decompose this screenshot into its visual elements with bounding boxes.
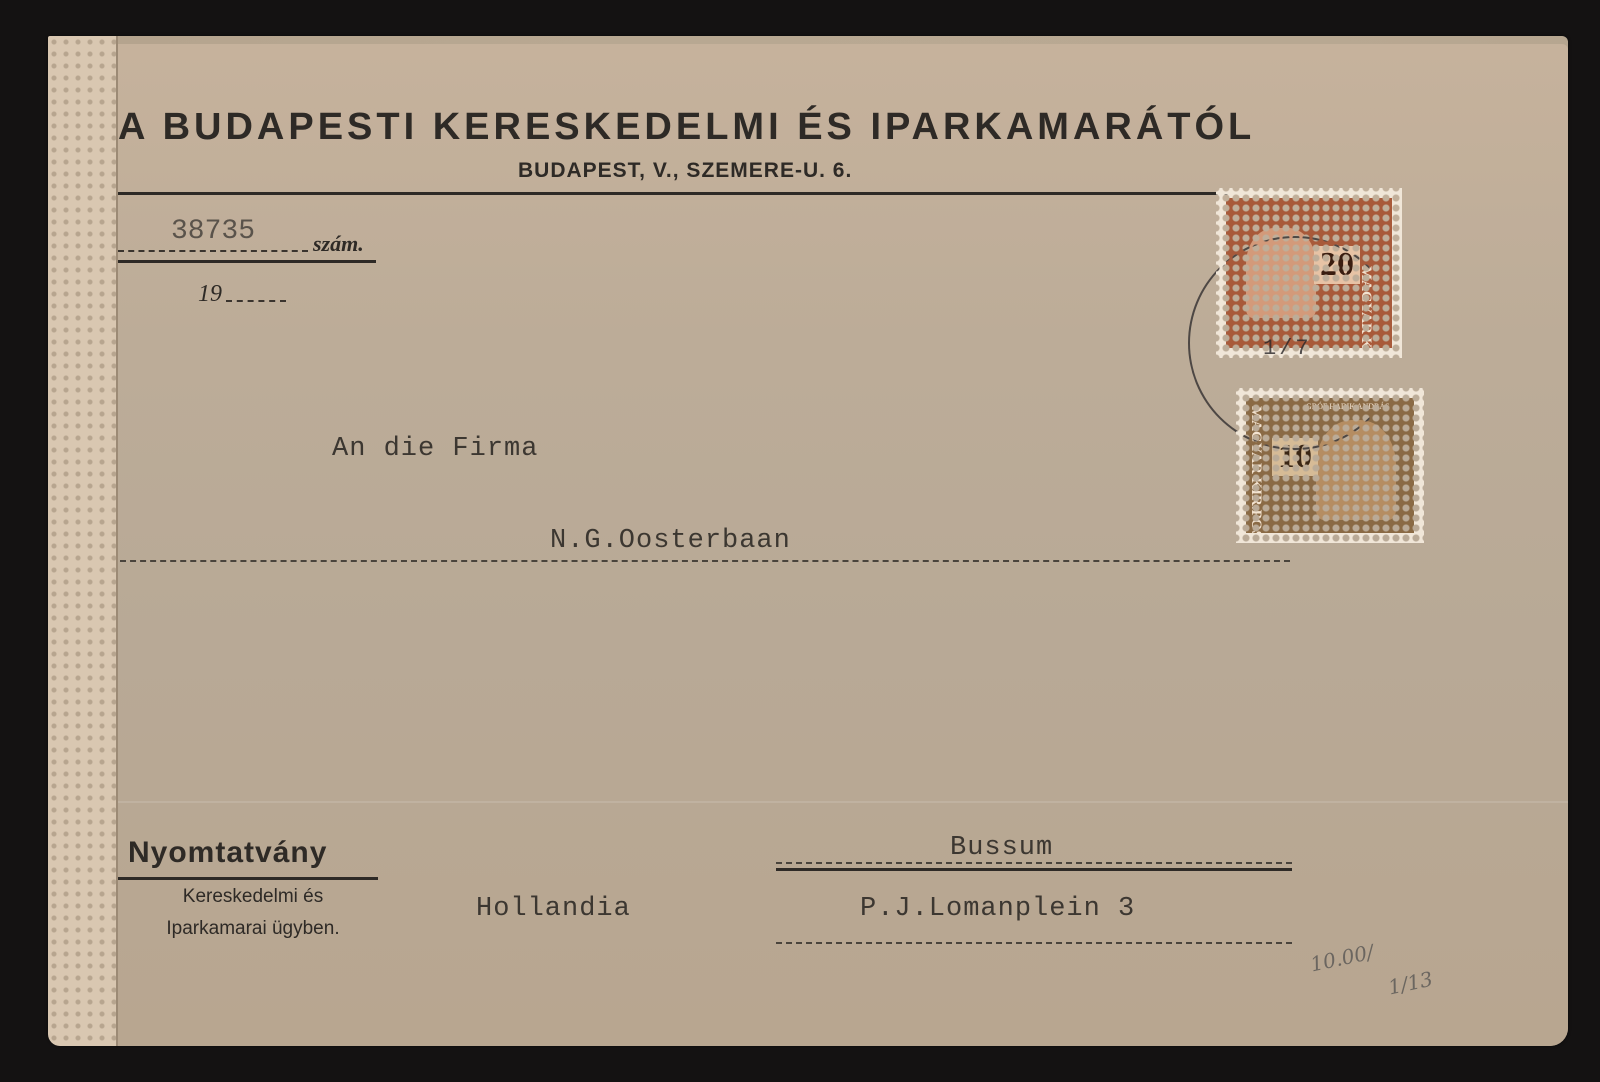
sender-address: BUDAPEST, V., SZEMERE-U. 6. [518, 159, 852, 183]
stamp-10-filler: 10 MAGYAR KIR.POSTA GRÓF HADIK ANDRÁS [1236, 388, 1424, 543]
city-dotted-line [776, 862, 1292, 864]
recipient-salutation: An die Firma [332, 434, 538, 464]
year-dotted-line [226, 300, 286, 302]
recipient-city: Bussum [950, 833, 1053, 863]
stamp-20-filler: 20 MAGYAR KIR.POSTA [1216, 188, 1402, 358]
recipient-country: Hollandia [476, 894, 631, 924]
header-rule [118, 192, 1228, 195]
year-prefix: 19 [198, 281, 222, 308]
recipient-street: P.J.Lomanplein 3 [860, 894, 1135, 924]
postmark-date: 1/7 [1263, 336, 1312, 361]
stamp-20-country: MAGYAR KIR.POSTA [1357, 266, 1374, 348]
recipient-dotted-line [120, 560, 1290, 562]
stamp-10-value: 10 [1272, 438, 1318, 476]
stamp-20-value: 20 [1314, 246, 1360, 284]
reference-label: szám. [313, 231, 364, 257]
reference-rule [118, 260, 376, 263]
mail-class-rule [118, 877, 378, 880]
mail-class-line2: Iparkamarai ügyben. [118, 918, 388, 940]
mail-class-title: Nyomtatvány [128, 836, 327, 870]
stamp-10-image: 10 MAGYAR KIR.POSTA GRÓF HADIK ANDRÁS [1246, 398, 1414, 533]
stamp-10-country: MAGYAR KIR.POSTA [1247, 406, 1264, 533]
hussar-portrait-icon [1316, 420, 1396, 520]
stamp-20-image: 20 MAGYAR KIR.POSTA [1226, 198, 1392, 348]
sender-title: A BUDAPESTI KERESKEDELMI ÉS IPARKAMARÁTÓ… [118, 106, 1288, 149]
street-dotted-line [776, 942, 1292, 944]
reference-dotted-line [118, 250, 308, 252]
envelope: A BUDAPESTI KERESKEDELMI ÉS IPARKAMARÁTÓ… [48, 36, 1568, 1046]
censor-tape-strip [48, 36, 118, 1046]
mail-class-line1: Kereskedelmi és [118, 886, 388, 908]
city-rule [776, 868, 1292, 871]
reference-number: 38735 [171, 216, 255, 247]
recipient-name: N.G.Oosterbaan [550, 526, 791, 556]
fold-crease [118, 801, 1568, 803]
crown-illustration-icon [1246, 228, 1316, 318]
stamp-10-caption: GRÓF HADIK ANDRÁS [1306, 402, 1390, 411]
